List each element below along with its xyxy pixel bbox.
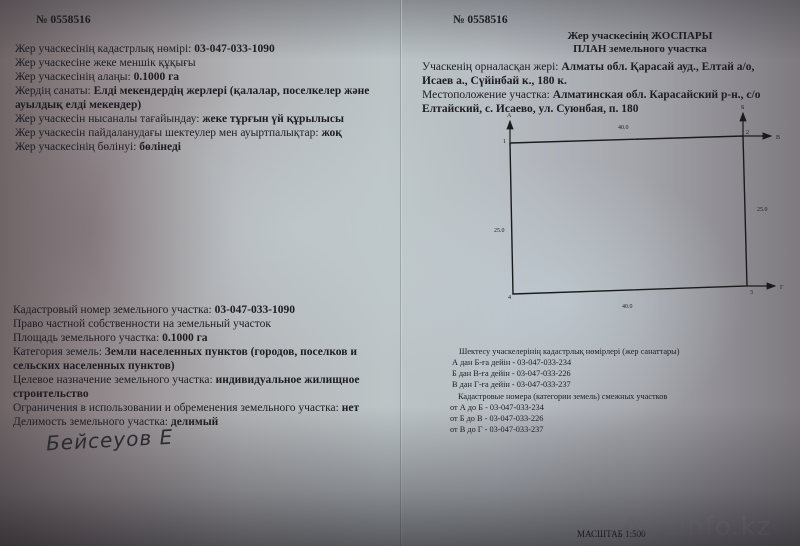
location-line: Исаев а., Сүйінбай к., 180 к. bbox=[422, 74, 567, 88]
ru-line: Ограничения в использовании и обременени… bbox=[13, 401, 359, 415]
ru-line: строительство bbox=[13, 387, 89, 401]
plan-title-ru: ПЛАН земельного участка bbox=[530, 43, 750, 55]
land-plot-plan: А Б В Г 1 2 3 4 40.0 40.0 25.0 25.0 bbox=[480, 105, 800, 315]
length-right: 25.0 bbox=[757, 207, 768, 213]
ru-line: Целевое назначение земельного участка: и… bbox=[13, 373, 360, 387]
corner-1: 1 bbox=[503, 139, 506, 145]
label-a: А bbox=[507, 113, 512, 119]
kz-line: Жер учаскесінің кадастрлық нөмірі: 03-04… bbox=[15, 42, 275, 56]
length-top: 40.0 bbox=[618, 125, 629, 131]
ru-line: Право частной собственности на земельный… bbox=[13, 317, 271, 331]
right-page: № 0558516 Жер учаскесінің ЖОСПАРЫ ПЛАН з… bbox=[400, 0, 800, 546]
neighbor-item: от В до Г - 03-047-033-237 bbox=[450, 424, 543, 436]
kz-line: ауылдық елді мекендер) bbox=[15, 98, 141, 112]
corner-4: 4 bbox=[508, 295, 511, 301]
location-line: Учаскенің орналасқан жері: Алматы обл. Қ… bbox=[422, 60, 754, 74]
ru-line: Категория земель: Земли населенных пункт… bbox=[13, 345, 357, 359]
plan-title-kz: Жер учаскесінің ЖОСПАРЫ bbox=[530, 30, 750, 42]
plot-outline bbox=[510, 136, 747, 294]
handwritten-signature: Бейсеуов Е bbox=[45, 425, 173, 456]
ru-line: Площадь земельного участка: 0.1000 га bbox=[13, 331, 208, 345]
kz-line: Жер учаскесін нысаналы тағайындау: жеке … bbox=[15, 112, 344, 126]
length-left: 25.0 bbox=[494, 228, 505, 234]
kz-line: Жер учаскесінің алаңы: 0.1000 га bbox=[15, 70, 179, 84]
label-v: В bbox=[776, 135, 780, 141]
kz-line: Жер учаскесінің бөлінуі: бөлінеді bbox=[15, 140, 181, 154]
kz-line: Жердің санаты: Елді мекендердің жерлері … bbox=[15, 84, 369, 98]
left-page: № 0558516 Жер учаскесінің кадастрлық нөм… bbox=[0, 0, 400, 546]
doc-number: № 0558516 bbox=[36, 14, 91, 26]
neighbor-item: В дан Г-ға дейін - 03-047-033-237 bbox=[452, 379, 571, 391]
ru-line: Кадастровый номер земельного участка: 03… bbox=[13, 303, 295, 317]
watermark: AvizInfo.kz bbox=[622, 512, 771, 542]
length-bottom: 40.0 bbox=[622, 304, 633, 310]
doc-number: № 0558516 bbox=[453, 14, 508, 26]
label-b: Б bbox=[741, 105, 745, 111]
label-g: Г bbox=[780, 285, 784, 291]
location-line: Местоположение участка: Алматинская обл.… bbox=[422, 88, 760, 102]
corner-2: 2 bbox=[746, 130, 749, 136]
kz-line: Жер учаскесіне жеке меншік құқығы bbox=[15, 56, 196, 70]
corner-3: 3 bbox=[750, 290, 753, 296]
ru-line: сельских населенных пунктов) bbox=[13, 359, 175, 373]
kz-line: Жер учаскесін пайдаланудағы шектеулер ме… bbox=[15, 126, 342, 140]
